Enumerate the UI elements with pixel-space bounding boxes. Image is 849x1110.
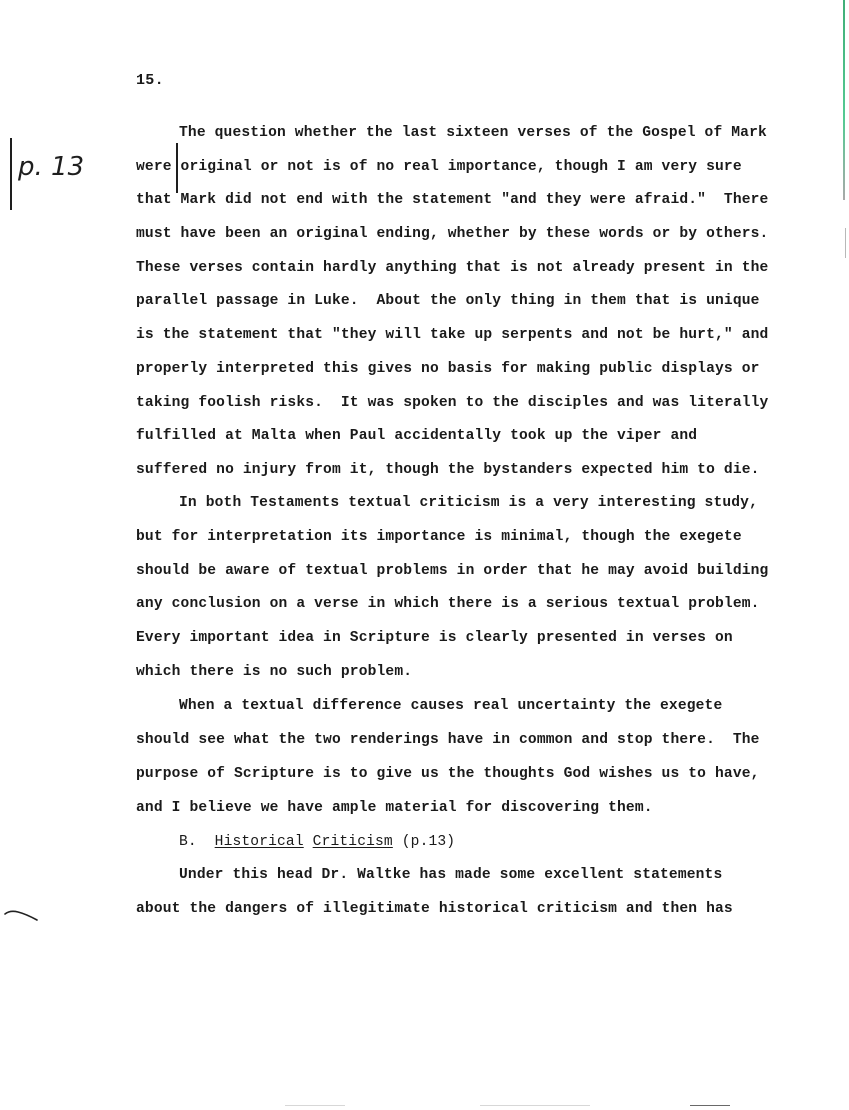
paragraph-1-line-3: that Mark did not end with the statement… xyxy=(136,191,768,209)
final-paragraph-line-1: Under this head Dr. Waltke has made some… xyxy=(179,866,722,884)
scan-artifact xyxy=(285,1105,345,1106)
handwritten-margin-note: p. 13 xyxy=(4,138,94,218)
section-letter: B. xyxy=(179,834,197,850)
section-title-word-2: Criticism xyxy=(313,834,393,850)
paragraph-1-line-6: parallel passage in Luke. About the only… xyxy=(136,292,760,310)
paragraph-1-line-1: The question whether the last sixteen ve… xyxy=(179,124,767,142)
paragraph-2-line-2: but for interpretation its importance is… xyxy=(136,528,742,546)
paragraph-2-line-6: which there is no such problem. xyxy=(136,663,412,681)
scan-edge-mark xyxy=(843,0,845,200)
paragraph-3-line-1: When a textual difference causes real un… xyxy=(179,697,722,715)
final-paragraph-line-2: about the dangers of illegitimate histor… xyxy=(136,900,733,918)
paragraph-2-line-5: Every important idea in Scripture is cle… xyxy=(136,629,733,647)
paragraph-1-line-8: properly interpreted this gives no basis… xyxy=(136,360,760,378)
paragraph-1-line-4: must have been an original ending, wheth… xyxy=(136,225,768,243)
paragraph-2-line-1: In both Testaments textual criticism is … xyxy=(179,494,758,512)
paragraph-1-line-9: taking foolish risks. It was spoken to t… xyxy=(136,394,768,412)
paragraph-1-line-10: fulfilled at Malta when Paul accidentall… xyxy=(136,427,697,445)
paragraph-1-line-5: These verses contain hardly anything tha… xyxy=(136,259,768,277)
section-title-word-1: Historical xyxy=(215,834,304,850)
paragraph-3-line-4: and I believe we have ample material for… xyxy=(136,799,653,817)
paragraph-3-line-2: should see what the two renderings have … xyxy=(136,731,760,749)
paragraph-1-line-7: is the statement that "they will take up… xyxy=(136,326,768,344)
section-heading: B. Historical Criticism (p.13) xyxy=(179,833,455,851)
scan-artifact xyxy=(480,1105,590,1106)
paragraph-2-line-4: any conclusion on a verse in which there… xyxy=(136,595,760,613)
paragraph-1-line-11: suffered no injury from it, though the b… xyxy=(136,461,760,479)
margin-note-text: p. 13 xyxy=(18,152,84,182)
page-number: 15. xyxy=(136,72,164,89)
paragraph-3-line-3: purpose of Scripture is to give us the t… xyxy=(136,765,760,783)
paragraph-2-line-3: should be aware of textual problems in o… xyxy=(136,562,768,580)
paragraph-1-line-2: were original or not is of no real impor… xyxy=(136,158,742,176)
margin-bracket-line xyxy=(10,138,12,210)
document-page: 15. p. 13 The question whether the last … xyxy=(0,0,849,1110)
scan-artifact xyxy=(690,1105,730,1106)
section-reference: (p.13) xyxy=(402,834,455,850)
scan-edge-mark-lower xyxy=(845,228,846,258)
margin-squiggle-mark xyxy=(4,908,38,922)
